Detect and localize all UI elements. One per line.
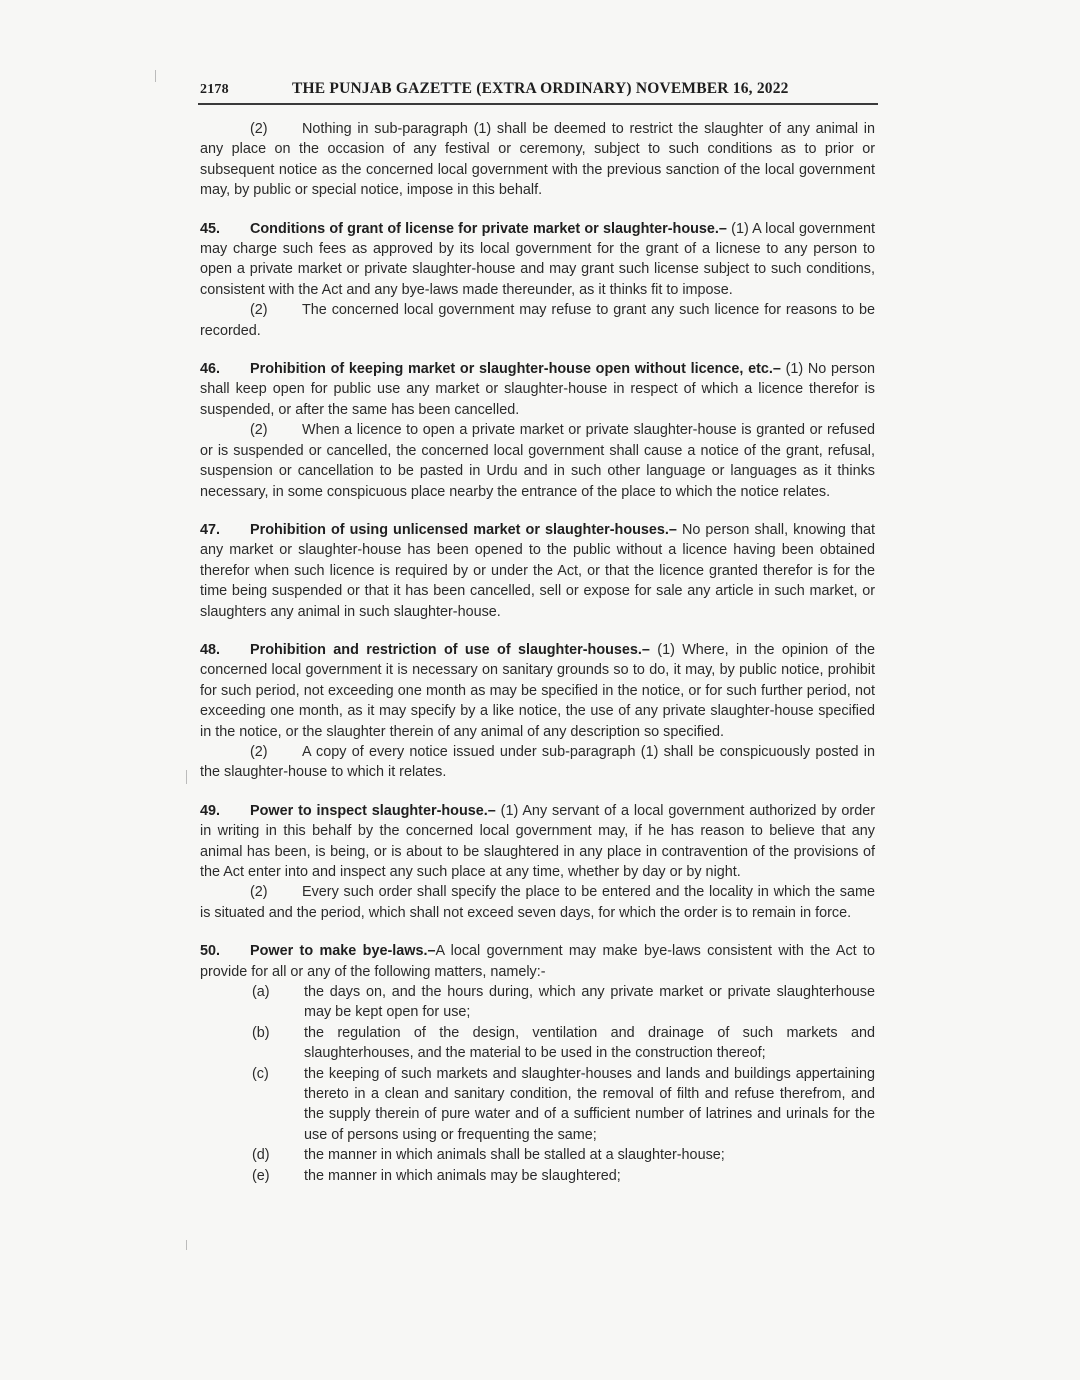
document-body: (2)Nothing in sub-paragraph (1) shall be… <box>200 119 875 1186</box>
section-heading: Prohibition and restriction of use of sl… <box>250 642 650 658</box>
clause-b: (b)the regulation of the design, ventila… <box>200 1023 875 1064</box>
clause-d: (d)the manner in which animals shall be … <box>200 1145 875 1165</box>
section-heading: Power to inspect slaughter-house.– <box>250 803 496 819</box>
section-heading: Prohibition of using unlicensed market o… <box>250 522 677 538</box>
clause-text: the regulation of the design, ventilatio… <box>304 1023 875 1064</box>
clause-text: the manner in which animals may be slaug… <box>304 1166 875 1186</box>
section-48: 48.Prohibition and restriction of use of… <box>200 640 875 783</box>
clause-text: the days on, and the hours during, which… <box>304 982 875 1023</box>
clause-label: (a) <box>252 982 304 1002</box>
section-heading: Power to make bye-laws.– <box>250 943 435 959</box>
section-46: 46.Prohibition of keeping market or slau… <box>200 359 875 502</box>
clause-label: (e) <box>252 1166 304 1186</box>
section-heading: Prohibition of keeping market or slaught… <box>250 361 781 377</box>
section-number: 49. <box>200 801 250 821</box>
clause-text: the keeping of such markets and slaughte… <box>304 1064 875 1146</box>
scan-mark <box>186 1240 187 1250</box>
sub-label: (2) <box>250 420 302 440</box>
sub-text: A copy of every notice issued under sub-… <box>200 744 875 780</box>
gazette-page: 2178 THE PUNJAB GAZETTE (EXTRA ORDINARY)… <box>200 80 875 1186</box>
section-45: 45.Conditions of grant of license for pr… <box>200 219 875 341</box>
clause-c: (c)the keeping of such markets and slaug… <box>200 1064 875 1146</box>
section-50: 50.Power to make bye-laws.–A local gover… <box>200 941 875 1186</box>
header-rule <box>198 103 878 105</box>
page-number: 2178 <box>200 82 292 98</box>
paragraph-text: Nothing in sub-paragraph (1) shall be de… <box>200 121 875 198</box>
section-47: 47.Prohibition of using unlicensed marke… <box>200 520 875 622</box>
sub-label: (2) <box>250 119 302 139</box>
clause-a: (a)the days on, and the hours during, wh… <box>200 982 875 1023</box>
scan-mark <box>186 770 187 784</box>
page-header: 2178 THE PUNJAB GAZETTE (EXTRA ORDINARY)… <box>200 80 875 102</box>
intro-paragraph: (2)Nothing in sub-paragraph (1) shall be… <box>200 119 875 201</box>
section-49: 49.Power to inspect slaughter-house.– (1… <box>200 801 875 923</box>
sub-text: When a licence to open a private market … <box>200 422 875 499</box>
sub-text: Every such order shall specify the place… <box>200 884 875 920</box>
section-heading: Conditions of grant of license for priva… <box>250 221 727 237</box>
section-number: 45. <box>200 219 250 239</box>
section-number: 47. <box>200 520 250 540</box>
section-number: 46. <box>200 359 250 379</box>
sub-label: (2) <box>250 882 302 902</box>
section-number: 50. <box>200 941 250 961</box>
sub-label: (2) <box>250 300 302 320</box>
sub-label: (2) <box>250 742 302 762</box>
clause-label: (c) <box>252 1064 304 1084</box>
clause-label: (b) <box>252 1023 304 1043</box>
clause-label: (d) <box>252 1145 304 1165</box>
clause-text: the manner in which animals shall be sta… <box>304 1145 875 1165</box>
gazette-title: THE PUNJAB GAZETTE (EXTRA ORDINARY) NOVE… <box>292 80 875 98</box>
clause-e: (e)the manner in which animals may be sl… <box>200 1166 875 1186</box>
scan-mark <box>155 70 156 82</box>
section-number: 48. <box>200 640 250 660</box>
